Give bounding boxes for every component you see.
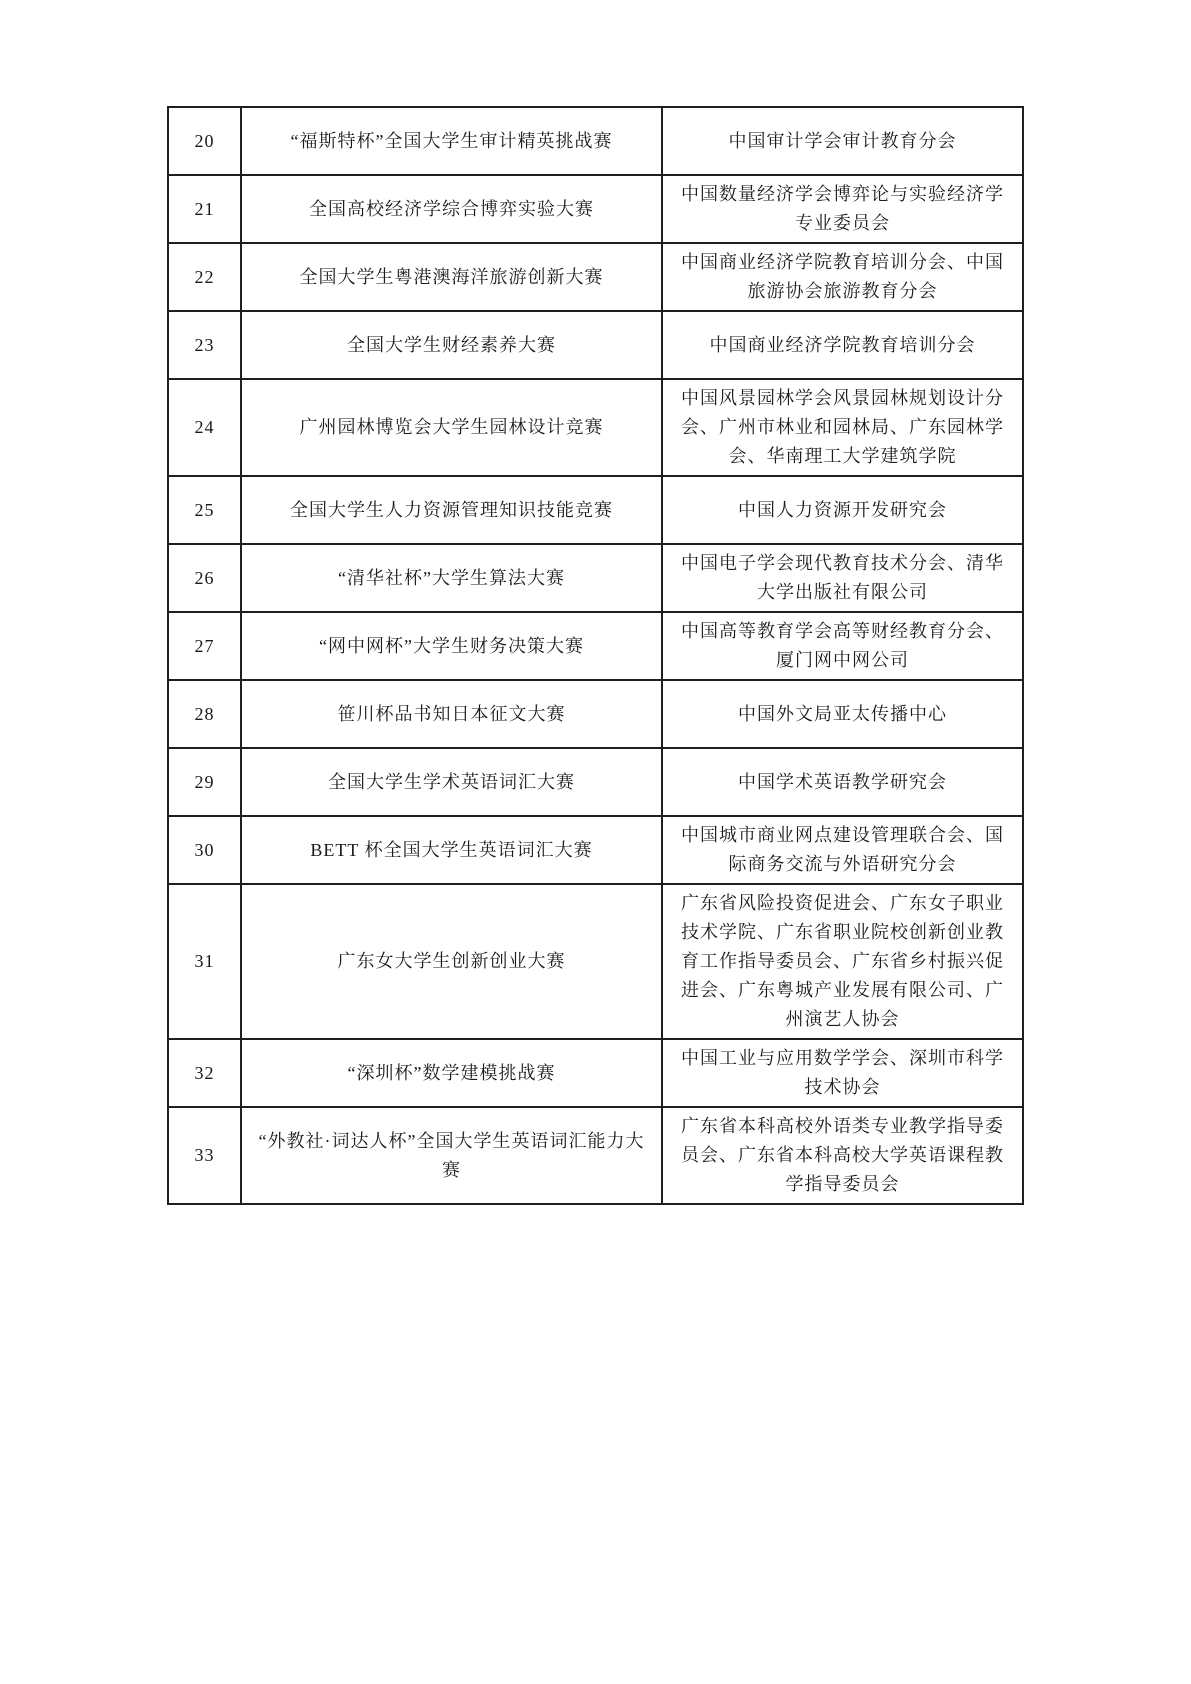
row-number-cell: 32 <box>168 1039 241 1107</box>
competition-name-cell: “外教社·词达人杯”全国大学生英语词汇能力大赛 <box>241 1107 662 1204</box>
competition-table: 20 “福斯特杯”全国大学生审计精英挑战赛 中国审计学会审计教育分会 21 全国… <box>167 106 1024 1205</box>
competition-table-body: 20 “福斯特杯”全国大学生审计精英挑战赛 中国审计学会审计教育分会 21 全国… <box>168 107 1023 1204</box>
competition-name-cell: 全国大学生财经素养大赛 <box>241 311 662 379</box>
row-number-cell: 28 <box>168 680 241 748</box>
organizer-cell: 中国风景园林学会风景园林规划设计分会、广州市林业和园林局、广东园林学会、华南理工… <box>662 379 1023 476</box>
competition-name-cell: 全国大学生粤港澳海洋旅游创新大赛 <box>241 243 662 311</box>
organizer-cell: 广东省风险投资促进会、广东女子职业技术学院、广东省职业院校创新创业教育工作指导委… <box>662 884 1023 1039</box>
organizer-cell: 中国人力资源开发研究会 <box>662 476 1023 544</box>
table-row: 20 “福斯特杯”全国大学生审计精英挑战赛 中国审计学会审计教育分会 <box>168 107 1023 175</box>
row-number-cell: 20 <box>168 107 241 175</box>
organizer-cell: 中国商业经济学院教育培训分会、中国旅游协会旅游教育分会 <box>662 243 1023 311</box>
organizer-cell: 中国外文局亚太传播中心 <box>662 680 1023 748</box>
table-row: 32 “深圳杯”数学建模挑战赛 中国工业与应用数学学会、深圳市科学技术协会 <box>168 1039 1023 1107</box>
table-row: 21 全国高校经济学综合博弈实验大赛 中国数量经济学会博弈论与实验经济学专业委员… <box>168 175 1023 243</box>
row-number-cell: 24 <box>168 379 241 476</box>
competition-name-cell: “清华社杯”大学生算法大赛 <box>241 544 662 612</box>
table-row: 22 全国大学生粤港澳海洋旅游创新大赛 中国商业经济学院教育培训分会、中国旅游协… <box>168 243 1023 311</box>
competition-name-cell: BETT 杯全国大学生英语词汇大赛 <box>241 816 662 884</box>
row-number-cell: 26 <box>168 544 241 612</box>
row-number-cell: 33 <box>168 1107 241 1204</box>
table-row: 26 “清华社杯”大学生算法大赛 中国电子学会现代教育技术分会、清华大学出版社有… <box>168 544 1023 612</box>
row-number-cell: 31 <box>168 884 241 1039</box>
competition-name-cell: 全国高校经济学综合博弈实验大赛 <box>241 175 662 243</box>
table-row: 28 笹川杯品书知日本征文大赛 中国外文局亚太传播中心 <box>168 680 1023 748</box>
organizer-cell: 中国城市商业网点建设管理联合会、国际商务交流与外语研究分会 <box>662 816 1023 884</box>
organizer-cell: 中国数量经济学会博弈论与实验经济学专业委员会 <box>662 175 1023 243</box>
table-row: 33 “外教社·词达人杯”全国大学生英语词汇能力大赛 广东省本科高校外语类专业教… <box>168 1107 1023 1204</box>
competition-name-cell: “福斯特杯”全国大学生审计精英挑战赛 <box>241 107 662 175</box>
row-number-cell: 21 <box>168 175 241 243</box>
organizer-cell: 中国工业与应用数学学会、深圳市科学技术协会 <box>662 1039 1023 1107</box>
row-number-cell: 22 <box>168 243 241 311</box>
competition-name-cell: 广东女大学生创新创业大赛 <box>241 884 662 1039</box>
table-row: 27 “网中网杯”大学生财务决策大赛 中国高等教育学会高等财经教育分会、厦门网中… <box>168 612 1023 680</box>
table-row: 25 全国大学生人力资源管理知识技能竞赛 中国人力资源开发研究会 <box>168 476 1023 544</box>
table-row: 30 BETT 杯全国大学生英语词汇大赛 中国城市商业网点建设管理联合会、国际商… <box>168 816 1023 884</box>
organizer-cell: 中国电子学会现代教育技术分会、清华大学出版社有限公司 <box>662 544 1023 612</box>
competition-table-container: 20 “福斯特杯”全国大学生审计精英挑战赛 中国审计学会审计教育分会 21 全国… <box>167 106 1022 1205</box>
competition-name-cell: 全国大学生学术英语词汇大赛 <box>241 748 662 816</box>
table-row: 31 广东女大学生创新创业大赛 广东省风险投资促进会、广东女子职业技术学院、广东… <box>168 884 1023 1039</box>
row-number-cell: 23 <box>168 311 241 379</box>
table-row: 29 全国大学生学术英语词汇大赛 中国学术英语教学研究会 <box>168 748 1023 816</box>
row-number-cell: 27 <box>168 612 241 680</box>
row-number-cell: 30 <box>168 816 241 884</box>
competition-name-cell: 笹川杯品书知日本征文大赛 <box>241 680 662 748</box>
row-number-cell: 25 <box>168 476 241 544</box>
organizer-cell: 广东省本科高校外语类专业教学指导委员会、广东省本科高校大学英语课程教学指导委员会 <box>662 1107 1023 1204</box>
organizer-cell: 中国学术英语教学研究会 <box>662 748 1023 816</box>
organizer-cell: 中国商业经济学院教育培训分会 <box>662 311 1023 379</box>
table-row: 23 全国大学生财经素养大赛 中国商业经济学院教育培训分会 <box>168 311 1023 379</box>
competition-name-cell: 全国大学生人力资源管理知识技能竞赛 <box>241 476 662 544</box>
competition-name-cell: 广州园林博览会大学生园林设计竞赛 <box>241 379 662 476</box>
row-number-cell: 29 <box>168 748 241 816</box>
organizer-cell: 中国审计学会审计教育分会 <box>662 107 1023 175</box>
competition-name-cell: “网中网杯”大学生财务决策大赛 <box>241 612 662 680</box>
table-row: 24 广州园林博览会大学生园林设计竞赛 中国风景园林学会风景园林规划设计分会、广… <box>168 379 1023 476</box>
document-page: 20 “福斯特杯”全国大学生审计精英挑战赛 中国审计学会审计教育分会 21 全国… <box>0 0 1191 1684</box>
organizer-cell: 中国高等教育学会高等财经教育分会、厦门网中网公司 <box>662 612 1023 680</box>
competition-name-cell: “深圳杯”数学建模挑战赛 <box>241 1039 662 1107</box>
